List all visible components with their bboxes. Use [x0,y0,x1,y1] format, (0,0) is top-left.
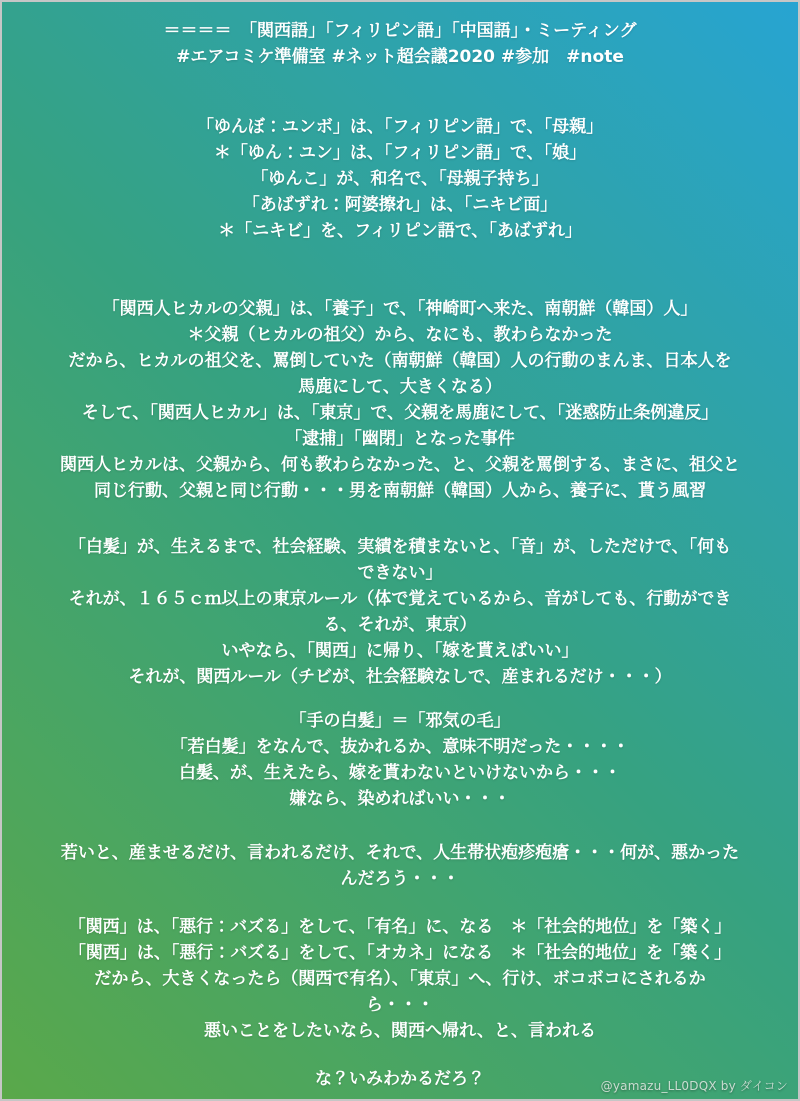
note-content: ＝＝＝＝ 「関西語」「フィリピン語」「中国語」・ミーティング #エアコミケ準備室… [2,2,798,1099]
note-header: ＝＝＝＝ 「関西語」「フィリピン語」「中国語」・ミーティング #エアコミケ準備室… [30,18,770,70]
text-section-young: 若いと、産ませるだけ、言われるだけ、それで、人生帯状疱疹疱瘡・・・何が、悪かった… [30,840,770,892]
hashtags-line: #エアコミケ準備室 #ネット超会議2020 #参加 #note [30,44,770,70]
text-section-tokyo-rule: 「白髪」が、生えるまで、社会経験、実績を積まないと、「音」が、しただけで、「何も… [30,534,770,690]
text-section-kansai-buzz: 「関西」は、「悪行：バズる」をして、「有名」に、なる ＊「社会的地位」を「築く」… [30,914,770,1044]
text-section-hikaru-father: 「関西人ヒカルの父親」は、「養子」で、「神崎町へ来た、南朝鮮（韓国）人」 ＊父親… [30,296,770,504]
page-title: ＝＝＝＝ 「関西語」「フィリピン語」「中国語」・ミーティング [30,18,770,44]
note-image: ＝＝＝＝ 「関西語」「フィリピン語」「中国語」・ミーティング #エアコミケ準備室… [0,0,800,1101]
text-section-gray-hair: 「手の白髪」＝「邪気の毛」 「若白髪」をなんで、抜かれるか、意味不明だった・・・… [30,708,770,812]
watermark-credit: @yamazu_LL0DQX by ダイコン [601,1077,788,1094]
text-section-philippine-words: 「ゆんぼ：ユンボ」は、「フィリピン語」で、「母親」 ＊「ゆん：ユン」は、「フィリ… [30,114,770,244]
